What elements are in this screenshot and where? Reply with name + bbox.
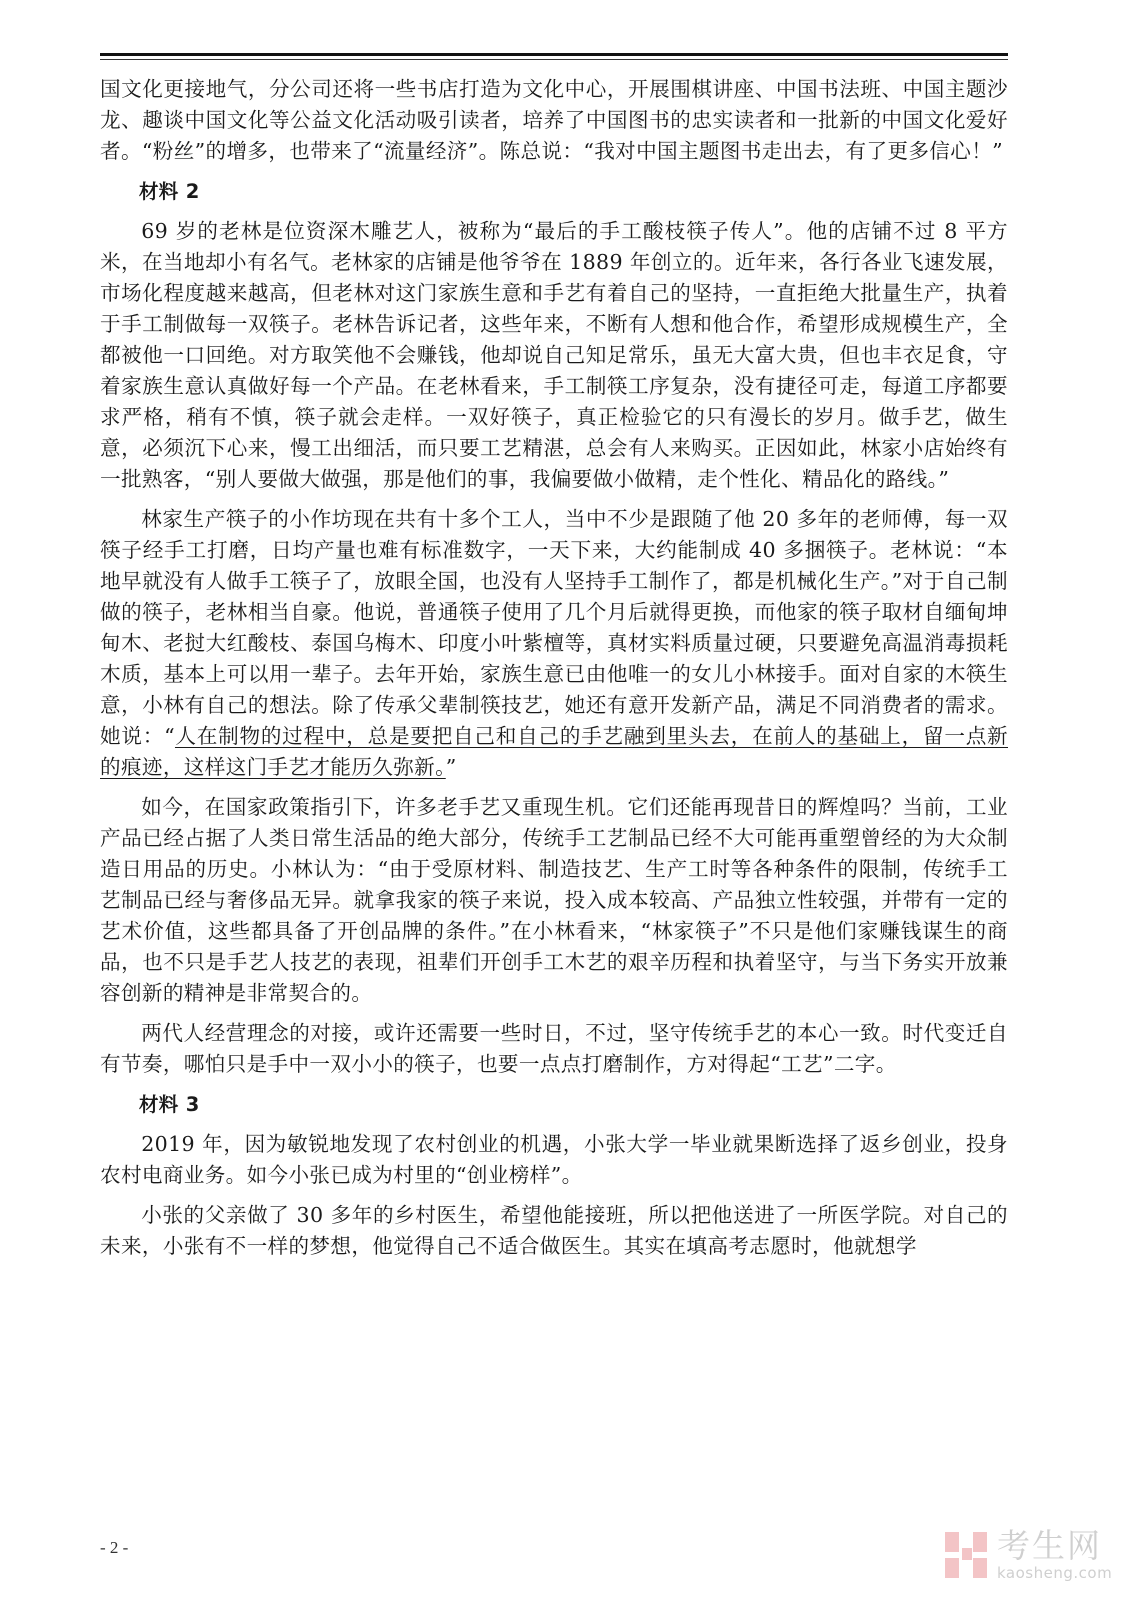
watermark-site-name: 考生网 [997,1528,1102,1564]
watermark-url: kaosheng.com [997,1564,1112,1582]
material-3-paragraph-2: 小张的父亲做了 30 多年的乡村医生，希望他能接班，所以把他送进了一所医学院。对… [100,1200,1008,1262]
material-2-paragraph-1: 69 岁的老林是位资深木雕艺人，被称为“最后的手工酸枝筷子传人”。他的店铺不过 … [100,216,1008,495]
header-double-rule [100,53,1008,61]
page-number: - 2 - [100,1538,128,1558]
material-2-paragraph-2: 林家生产筷子的小作坊现在共有十多个工人，当中不少是跟随了他 20 多年的老师傅，… [100,504,1008,783]
header-rule-thin-line [100,59,1008,60]
continued-paragraph: 国文化更接地气，分公司还将一些书店打造为文化中心，开展围棋讲座、中国书法班、中国… [100,74,1008,167]
header-rule-thick-line [100,53,1008,56]
document-body: 国文化更接地气，分公司还将一些书店打造为文化中心，开展围棋讲座、中国书法班、中国… [100,74,1008,1262]
material-2-heading: 材料 2 [100,176,1008,207]
material-3-heading: 材料 3 [100,1089,1008,1120]
material-3-paragraph-1: 2019 年，因为敏锐地发现了农村创业的机遇，小张大学一毕业就果断选择了返乡创业… [100,1129,1008,1191]
kaosheng-logo-icon [945,1532,987,1578]
material-2-paragraph-4: 两代人经营理念的对接，或许还需要一些时日，不过，坚守传统手艺的本心一致。时代变迁… [100,1018,1008,1080]
underlined-quote: 人在制物的过程中，总是要把自己和自己的手艺融到里头去，在前人的基础上，留一点新的… [100,724,1008,779]
material-2-paragraph-2-text: 林家生产筷子的小作坊现在共有十多个工人，当中不少是跟随了他 20 多年的老师傅，… [100,507,1008,748]
closing-quote: ” [446,755,457,779]
material-2-paragraph-3: 如今，在国家政策指引下，许多老手艺又重现生机。它们还能再现昔日的辉煌吗？当前，工… [100,792,1008,1009]
watermark: 考生网 kaosheng.com [945,1528,1125,1588]
